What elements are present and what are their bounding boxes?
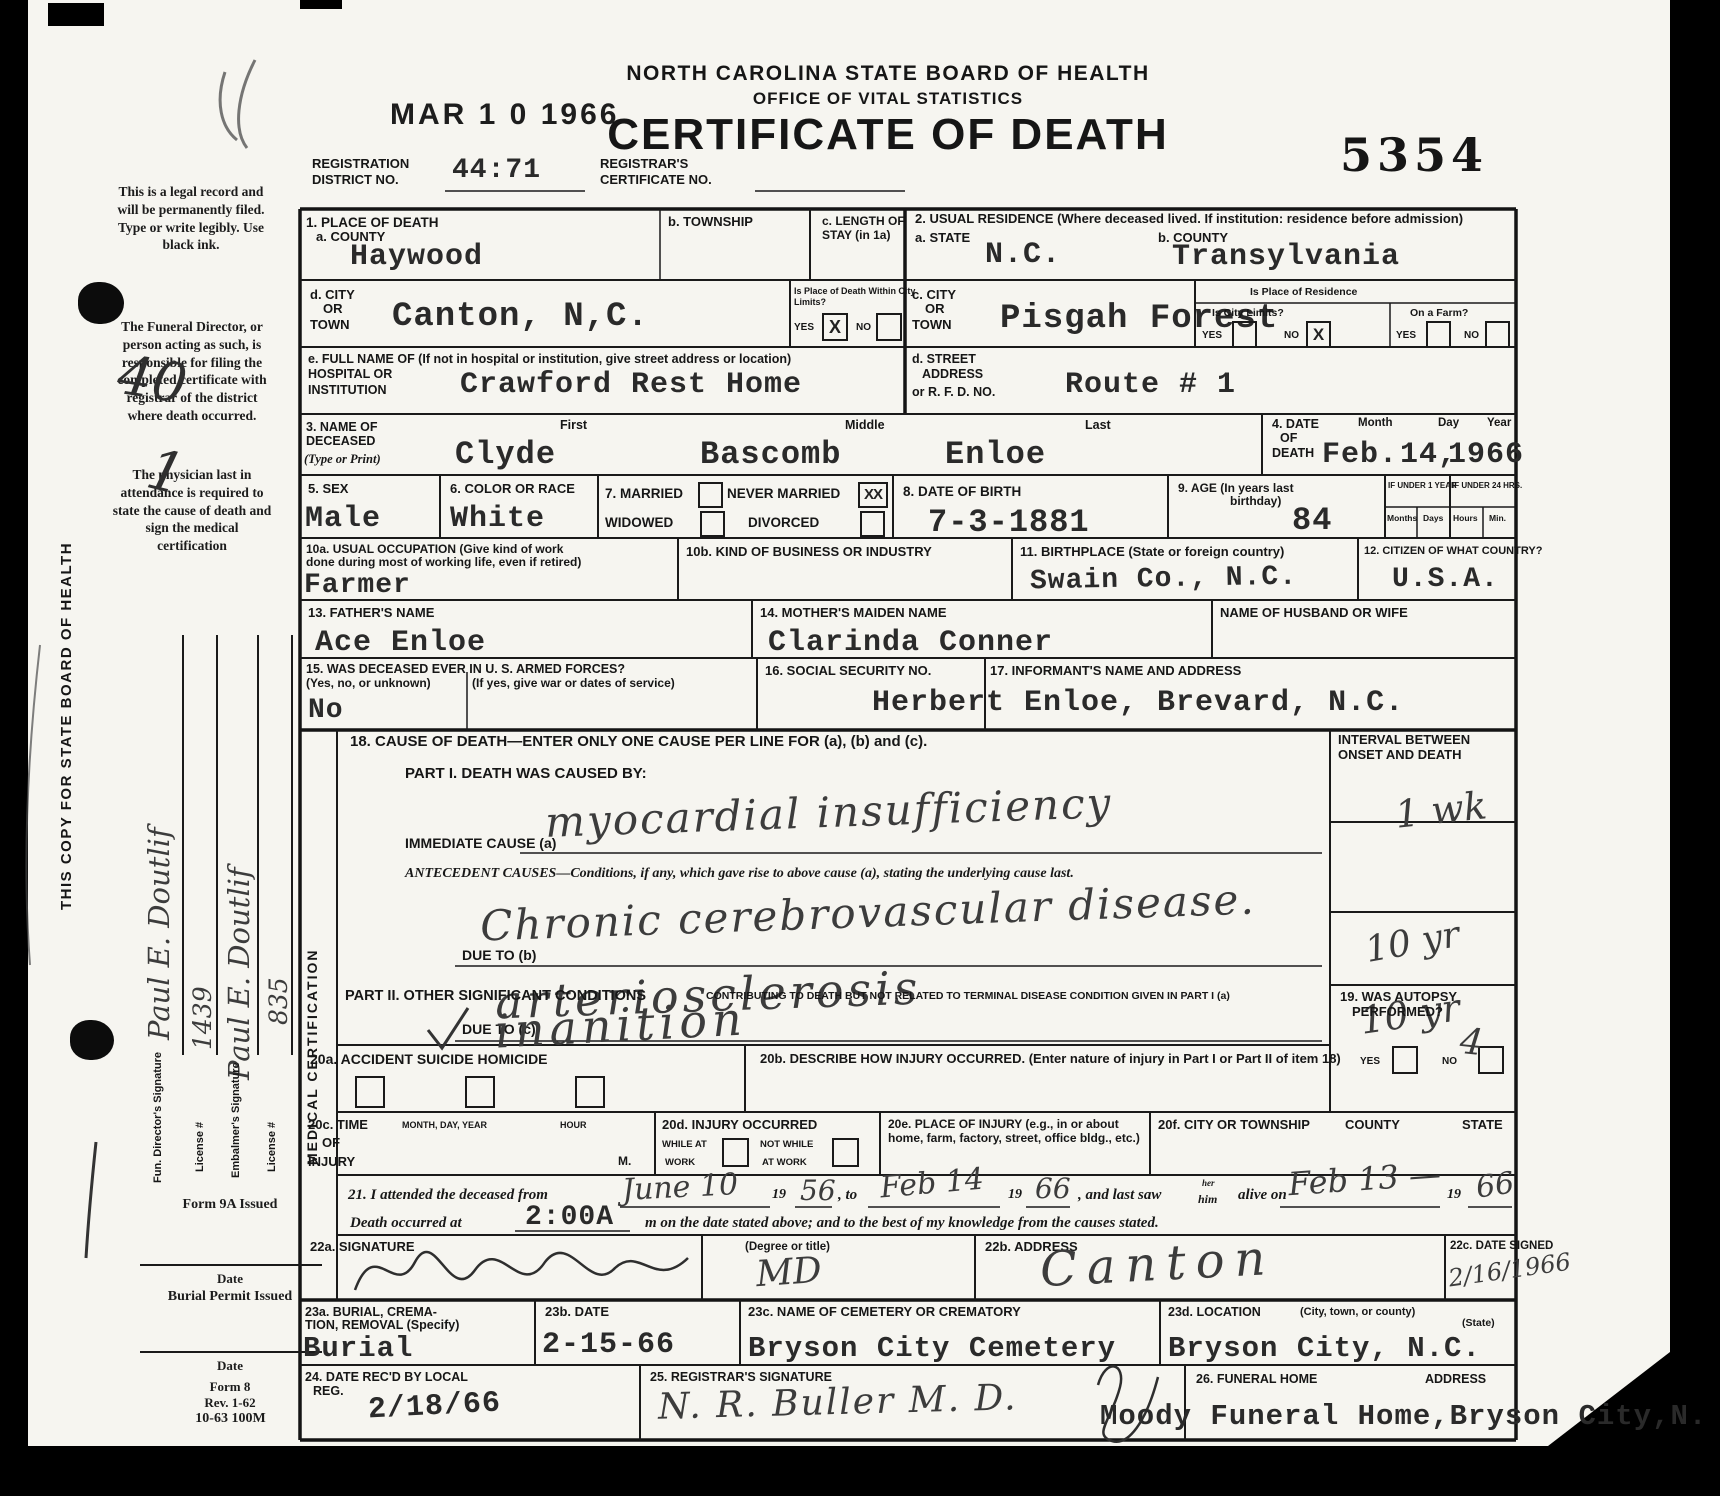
header-org: NORTH CAROLINA STATE BOARD OF HEALTH (538, 62, 1238, 86)
embalmer-license-number: 835 (264, 895, 293, 1025)
field-1e-hospital-label-3: INSTITUTION (308, 383, 386, 397)
field-16-label: 16. SOCIAL SECURITY NO. (765, 664, 931, 679)
field-22a-label: 22a. SIGNATURE (310, 1240, 415, 1255)
middle-name-value: Bascomb (700, 436, 841, 473)
residence-farm-yes-checkbox (1426, 321, 1451, 348)
field-1a-county-value: Haywood (350, 240, 483, 274)
attended-to-label: , to (838, 1187, 857, 1204)
registrar-certificate-label-2: CERTIFICATE NO. (600, 173, 712, 188)
field-2b-county-value: Transylvania (1172, 240, 1400, 274)
label-funeral-director-signature: Fun. Director's Signature (152, 1058, 165, 1183)
death-year-value: 1966 (1448, 438, 1524, 472)
divorced-label: DIVORCED (748, 515, 819, 530)
field-1e-hospital-label-1: e. FULL NAME OF (If not in hospital or i… (308, 352, 791, 366)
residence-limits-yes-checkbox (1232, 321, 1257, 348)
residence-farm-question: On a Farm? (1410, 308, 1468, 320)
field-9-label-2: birthday) (1230, 495, 1281, 509)
year-prefix-2: 19 (1008, 1187, 1022, 1203)
alive-on-label: alive on (1238, 1187, 1287, 1204)
date-label-2: Date (175, 1357, 285, 1374)
degree-or-title-value: MD (755, 1250, 823, 1295)
death-occurred-suffix: m on the date stated above; and to the b… (645, 1215, 1159, 1232)
field-15-label-2: (Yes, no, or unknown) (306, 677, 431, 691)
citizen-value: U.S.A. (1392, 564, 1499, 595)
field-1c-stay-label-2: STAY (in 1a) (822, 229, 890, 243)
interval-header-2: ONSET AND DEATH (1338, 748, 1462, 763)
last-saw-label: , and last saw (1078, 1187, 1161, 1204)
label-license-2: License # (266, 1072, 279, 1172)
field-1d-city-value: Canton, N,C. (392, 298, 649, 336)
field-18-label: 18. CAUSE OF DEATH—ENTER ONLY ONE CAUSE … (350, 733, 927, 750)
part2-label-small: CONTRIBUTING TO DEATH BUT NOT RELATED TO… (706, 991, 1230, 1003)
field-23b-label: 23b. DATE (545, 1305, 609, 1320)
year-header: Year (1487, 417, 1511, 430)
field-2d-street-value: Route # 1 (1065, 368, 1236, 402)
date-received-value: 2/18/66 (367, 1387, 502, 1428)
funeral-director-license-number: 1439 (188, 900, 217, 1050)
print-run-code: 10-63 100M (148, 1410, 313, 1428)
burial-permit-date-label: Date (175, 1270, 285, 1287)
autopsy-no-label: NO (1442, 1056, 1457, 1067)
death-city-limits-question-2: Limits? (794, 297, 826, 307)
field-6-label: 6. COLOR OR RACE (450, 482, 575, 497)
last-name-header: Last (1085, 418, 1111, 432)
field-24-label-2: REG. (313, 1384, 344, 1398)
field-1e-hospital-value: Crawford Rest Home (460, 368, 802, 402)
field-20c-label-3: INJURY (308, 1155, 355, 1170)
death-city-limits-question-1: Is Place of Death Within City (794, 286, 915, 296)
date-of-birth-value: 7-3-1881 (928, 504, 1090, 541)
field-5-label: 5. SEX (308, 482, 348, 497)
field-23d-label-2: (City, town, or county) (1300, 1306, 1415, 1319)
not-while-at-work-checkbox (832, 1138, 859, 1167)
registration-district-label-2: DISTRICT NO. (312, 173, 399, 188)
min-header: Min. (1489, 514, 1506, 524)
field-20f-label: 20f. CITY OR TOWNSHIP (1158, 1118, 1310, 1133)
field-20f-state-header: STATE (1462, 1118, 1503, 1133)
widowed-label: WIDOWED (605, 515, 673, 530)
form-8-label: Form 8 (160, 1378, 300, 1395)
month-header: Month (1358, 417, 1392, 430)
death-time-value: 2:00A (525, 1202, 614, 1233)
interval-header-1: INTERVAL BETWEEN (1338, 733, 1470, 748)
field-3-label-1: 3. NAME OF (306, 420, 378, 434)
death-month-value: Feb. (1322, 438, 1398, 472)
attended-statement-prefix: 21. I attended the deceased from (348, 1187, 548, 1204)
field-2d-street-label-2: ADDRESS (922, 367, 983, 381)
field-2-title: 2. USUAL RESIDENCE (Where deceased lived… (915, 212, 1463, 227)
field-23c-label: 23c. NAME OF CEMETERY OR CREMATORY (748, 1305, 1021, 1320)
field-23d-label-3: (State) (1462, 1318, 1495, 1330)
field-24-label-1: 24. DATE REC'D BY LOCAL (305, 1370, 468, 1384)
field-20c-sub-1: MONTH, DAY, YEAR (402, 1120, 487, 1130)
field-2d-street-label-3: or R. F. D. NO. (912, 385, 995, 399)
middle-name-header: Middle (845, 418, 885, 432)
widowed-checkbox (700, 511, 725, 537)
if-under-1-year-header: IF UNDER 1 YEAR (1388, 481, 1457, 490)
field-1e-hospital-label-2: HOSPITAL OR (308, 367, 392, 381)
field-20f-county-header: COUNTY (1345, 1118, 1400, 1133)
copy-destination-vertical-stamp: THIS COPY FOR STATE BOARD OF HEALTH (58, 480, 75, 910)
informant-value: Herbert Enloe, Brevard, N.C. (872, 686, 1404, 720)
field-15-label-1: 15. WAS DECEASED EVER IN U. S. ARMED FOR… (306, 662, 625, 676)
registration-district-label-1: REGISTRATION (312, 157, 409, 172)
label-embalmer-signature: Embalmer's Signature (230, 1060, 243, 1178)
field-4-label-2: OF (1280, 431, 1297, 445)
field-10b-label: 10b. KIND OF BUSINESS OR INDUSTRY (686, 545, 932, 560)
registration-district-value: 44:71 (452, 155, 541, 186)
field-20c-sub-2: HOUR (560, 1120, 587, 1130)
birthplace-value: Swain Co., N.C. (1030, 562, 1298, 598)
field-19-label-2: PERFORMED? (1352, 1005, 1443, 1020)
last-saw-year: 66 (1474, 1166, 1517, 1206)
race-value: White (450, 502, 545, 536)
field-1c-stay-label-1: c. LENGTH OF (822, 215, 905, 229)
field-23a-label-2: TION, REMOVAL (Specify) (305, 1318, 459, 1332)
father-name-value: Ace Enloe (315, 626, 486, 660)
field-20e-label-1: 20e. PLACE OF INJURY (e.g., in or about (888, 1118, 1119, 1132)
not-while-at-work-label-1: NOT WHILE (760, 1140, 813, 1151)
death-occurred-prefix: Death occurred at (350, 1215, 462, 1232)
residence-farm-no-checkbox (1485, 321, 1510, 348)
funeral-home-value: Moody Funeral Home,Bryson City,N. (1100, 1400, 1707, 1433)
cemetery-location-value: Bryson City, N.C. (1168, 1332, 1481, 1365)
pencil-number-40: 40 (113, 343, 191, 416)
field-8-label: 8. DATE OF BIRTH (903, 484, 1021, 499)
residence-limits-yes-label: YES (1202, 330, 1222, 341)
accident-checkbox (355, 1076, 385, 1108)
field-26-label: 26. FUNERAL HOME (1196, 1372, 1317, 1386)
cemetery-value: Bryson City Cemetery (748, 1332, 1116, 1365)
funeral-director-signature: Paul E. Doutlif (142, 620, 176, 1040)
mother-name-value: Clarinda Conner (768, 626, 1053, 660)
if-under-24-hrs-header: IF UNDER 24 HRS. (1452, 481, 1522, 490)
while-at-work-label-2: WORK (665, 1158, 695, 1169)
certificate-serial-number: 5354 (1340, 128, 1488, 182)
field-20b-label: 20b. DESCRIBE HOW INJURY OCCURRED. (Ente… (760, 1052, 1341, 1067)
attended-from-value: June 10 (621, 1167, 739, 1208)
age-value: 84 (1292, 502, 1332, 539)
attended-from-year: 56 (800, 1174, 836, 1207)
not-while-at-work-label-2: AT WORK (762, 1158, 807, 1169)
margin-note-physician: The physician last in attendance is requ… (112, 466, 272, 555)
armed-forces-value: No (308, 695, 344, 726)
occupation-value: Farmer (304, 570, 411, 601)
her-option-label: her (1202, 1178, 1215, 1188)
never-married-label: NEVER MARRIED (727, 486, 840, 501)
days-header: Days (1423, 514, 1443, 524)
field-4-label-1: 4. DATE (1272, 417, 1319, 431)
while-at-work-checkbox (722, 1138, 749, 1167)
antecedent-causes-label: ANTECEDENT CAUSES—Conditions, if any, wh… (405, 866, 1074, 882)
document-title: CERTIFICATE OF DEATH (538, 110, 1238, 160)
burial-date-value: 2-15-66 (542, 1328, 675, 1362)
form-9a-issued-label: Form 9A Issued (140, 1196, 320, 1214)
autopsy-handwritten-mark: 4 (1458, 1021, 1485, 1064)
death-limits-no-checkbox (876, 313, 902, 341)
field-3-label-3: (Type or Print) (304, 452, 381, 467)
death-limits-yes-label: YES (794, 322, 814, 333)
due-to-b-label: DUE TO (b) (462, 948, 536, 964)
field-2d-street-label-1: d. STREET (912, 352, 976, 366)
field-2a-state-label: a. STATE (915, 231, 970, 246)
field-13-label: 13. FATHER'S NAME (308, 606, 434, 621)
field-20c-m-label: M. (618, 1155, 631, 1169)
autopsy-yes-checkbox (1392, 1046, 1418, 1074)
field-2c-city-label-2: OR (925, 302, 945, 317)
field-23d-label: 23d. LOCATION (1168, 1305, 1261, 1319)
field-11-label: 11. BIRTHPLACE (State or foreign country… (1020, 545, 1284, 560)
physician-signature-scribble (355, 1252, 688, 1290)
field-17-label: 17. INFORMANT'S NAME AND ADDRESS (990, 664, 1241, 679)
divorced-checkbox (860, 511, 885, 537)
attended-to-year: 66 (1035, 1172, 1071, 1205)
sex-value: Male (305, 502, 381, 536)
field-2a-state-value: N.C. (985, 238, 1061, 272)
field-10a-label-2: done during most of working life, even i… (306, 556, 581, 570)
embalmer-signature: Paul E. Doutlif (222, 650, 256, 1080)
field-20a-label: 20a. ACCIDENT SUICIDE HOMICIDE (310, 1052, 548, 1068)
immediate-cause-label: IMMEDIATE CAUSE (a) (405, 836, 556, 852)
residence-limits-no-checkbox: X (1306, 321, 1331, 348)
part1-label: PART I. DEATH WAS CAUSED BY: (405, 765, 647, 782)
label-license-1: License # (194, 1072, 207, 1172)
field-14-label: 14. MOTHER'S MAIDEN NAME (760, 606, 947, 621)
husband-or-wife-label: NAME OF HUSBAND OR WIFE (1220, 606, 1408, 621)
field-1b-township-label: b. TOWNSHIP (668, 215, 753, 230)
months-header: Months (1387, 514, 1417, 524)
field-26-address-label: ADDRESS (1425, 1372, 1486, 1386)
day-header: Day (1438, 417, 1459, 430)
him-option-label: him (1198, 1192, 1217, 1207)
first-name-value: Clyde (455, 436, 556, 473)
hours-header: Hours (1453, 514, 1478, 524)
registrar-certificate-label-1: REGISTRAR'S (600, 157, 688, 172)
first-name-header: First (560, 418, 587, 432)
year-prefix-3: 19 (1447, 1187, 1461, 1203)
field-15-label-3: (If yes, give war or dates of service) (472, 677, 675, 691)
residence-city-limits-question: Is City Limits? (1212, 308, 1284, 320)
residence-question-header: Is Place of Residence (1250, 287, 1357, 299)
field-19-label-1: 19. WAS AUTOPSY (1340, 990, 1457, 1005)
homicide-checkbox (575, 1076, 605, 1108)
field-1d-city-label-3: TOWN (310, 318, 349, 333)
field-20e-label-2: home, farm, factory, street, office bldg… (888, 1132, 1140, 1146)
field-20d-label: 20d. INJURY OCCURRED (662, 1118, 817, 1133)
field-1d-city-label-2: OR (323, 302, 343, 317)
field-3-label-2: DECEASED (306, 434, 375, 448)
form-revision-label: Rev. 1-62 (155, 1394, 305, 1411)
burial-type-value: Burial (303, 1332, 413, 1365)
field-2c-city-label-3: TOWN (912, 318, 951, 333)
death-limits-no-label: NO (856, 322, 871, 333)
margin-note-legal: This is a legal record and will be perma… (115, 183, 267, 254)
field-20c-label-2: OF (322, 1136, 340, 1151)
residence-farm-no-label: NO (1464, 330, 1479, 341)
residence-farm-yes-label: YES (1396, 330, 1416, 341)
married-label: 7. MARRIED (605, 486, 683, 501)
burial-permit-issued-label: Burial Permit Issued (130, 1288, 330, 1306)
medical-certification-vertical-label: MEDICAL CERTIFICATION (305, 835, 321, 1165)
year-prefix-1: 19 (772, 1187, 786, 1203)
scanned-death-certificate: { "page": { "stamp_date": "MAR 1 0 1966"… (0, 0, 1720, 1496)
married-checkbox (698, 482, 723, 508)
death-limits-yes-checkbox: X (822, 313, 848, 341)
last-name-value: Enloe (945, 436, 1046, 473)
never-married-checkbox: XX (858, 482, 888, 508)
field-4-label-3: DEATH (1272, 446, 1314, 460)
suicide-checkbox (465, 1076, 495, 1108)
autopsy-yes-label: YES (1360, 1056, 1380, 1067)
while-at-work-label-1: WHILE AT (662, 1140, 707, 1151)
header-office: OFFICE OF VITAL STATISTICS (538, 89, 1238, 108)
residence-limits-no-label: NO (1284, 330, 1299, 341)
field-20c-label-1: 20c. TIME (308, 1118, 368, 1133)
field-12-label: 12. CITIZEN OF WHAT COUNTRY? (1364, 545, 1542, 558)
